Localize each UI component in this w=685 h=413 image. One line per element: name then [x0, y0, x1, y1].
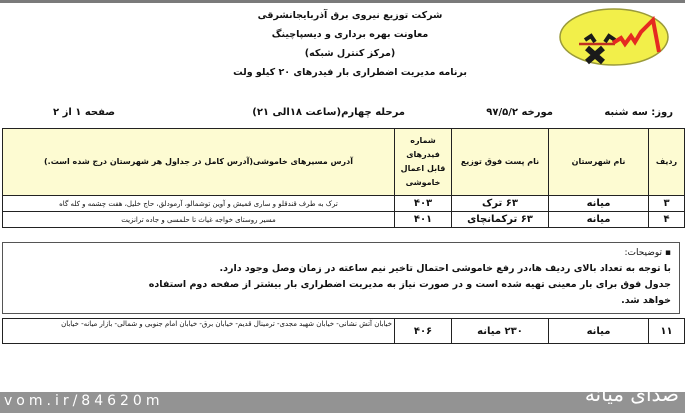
brand-watermark: صدای میانه [585, 382, 679, 406]
info-bar: روز: سه شنبه مورخه ۹۷/۵/۲ مرحله چهارم(سا… [0, 105, 685, 125]
cell-feeder: ۴۰۱ [395, 212, 452, 228]
cell-city: میانه [549, 212, 649, 228]
feeder-table-row-11: ۱۱ میانه ۲۳۰ میانه ۴۰۶ خیابان آتش نشانی-… [2, 318, 685, 344]
source-url: vom.ir/84620m [4, 393, 163, 409]
notes-line: با توجه به تعداد بالای ردیف ها،در رفع خا… [3, 261, 671, 277]
program-title: برنامه مدیریت اضطراری بار فیدرهای ۲۰ کیل… [200, 63, 500, 82]
notes-line: خواهد شد. [3, 293, 671, 309]
company-logo [557, 6, 672, 68]
cell-substation: ۶۳ ترکمانچای [452, 212, 549, 228]
day-label: روز: سه شنبه [604, 107, 673, 118]
feeder-table: ردیف نام شهرستان نام پست فوق توزیع شماره… [2, 128, 685, 228]
cell-feeder: ۴۰۶ [395, 319, 452, 344]
top-border [0, 0, 685, 3]
cell-address: مسیر روستای خواجه غیاث تا حلمسی و جاده ت… [3, 212, 395, 228]
notes-title: ▪ توضیحات: [3, 245, 671, 261]
column-header-substation: نام پست فوق توزیع [452, 129, 549, 196]
table-row: ۴ میانه ۶۳ ترکمانچای ۴۰۱ مسیر روستای خوا… [3, 212, 685, 228]
power-tower-logo-icon [557, 6, 672, 68]
company-name: شرکت توزیع نیروی برق آذربایجانشرقی [200, 6, 500, 25]
cell-row-number: ۱۱ [649, 319, 685, 344]
unit-name: (مرکز کنترل شبکه) [200, 44, 500, 63]
cell-address: ترک به طرف قندقلو و ساری قمیش و آوین توش… [3, 196, 395, 212]
stage-label: مرحله چهارم(ساعت ۱۸الی ۲۱) [252, 107, 405, 118]
table-header-row: ردیف نام شهرستان نام پست فوق توزیع شماره… [3, 129, 685, 196]
cell-city: میانه [549, 319, 649, 344]
notes-box: ▪ توضیحات: با توجه به تعداد بالای ردیف ه… [2, 242, 680, 314]
cell-city: میانه [549, 196, 649, 212]
cell-row-number: ۳ [649, 196, 685, 212]
cell-substation: ۶۳ ترک [452, 196, 549, 212]
table-row: ۳ میانه ۶۳ ترک ۴۰۳ ترک به طرف قندقلو و س… [3, 196, 685, 212]
page-label: صفحه ۱ از ۲ [53, 107, 115, 118]
column-header-address: آدرس مسیرهای خاموشی(آدرس کامل در جداول ه… [3, 129, 395, 196]
cell-row-number: ۴ [649, 212, 685, 228]
column-header-city: نام شهرستان [549, 129, 649, 196]
column-header-feeder: شماره فیدرهای قابل اعمال خاموشی [395, 129, 452, 196]
date-label: مورخه ۹۷/۵/۲ [486, 107, 553, 118]
cell-address: خیابان آتش نشانی- خیابان شهید مجدی- ترمی… [3, 319, 395, 344]
column-header-row-number: ردیف [649, 129, 685, 196]
department-name: معاونت بهره برداری و دیسپاچینگ [200, 25, 500, 44]
cell-substation: ۲۳۰ میانه [452, 319, 549, 344]
notes-line: جدول فوق برای بار معینی تهیه شده است و د… [3, 277, 671, 293]
watermark-footer: vom.ir/84620m صدای میانه [0, 392, 685, 413]
bullet-icon: ▪ [662, 248, 671, 258]
document-header: شرکت توزیع نیروی برق آذربایجانشرقی معاون… [200, 6, 500, 82]
table-row: ۱۱ میانه ۲۳۰ میانه ۴۰۶ خیابان آتش نشانی-… [3, 319, 685, 344]
cell-feeder: ۴۰۳ [395, 196, 452, 212]
